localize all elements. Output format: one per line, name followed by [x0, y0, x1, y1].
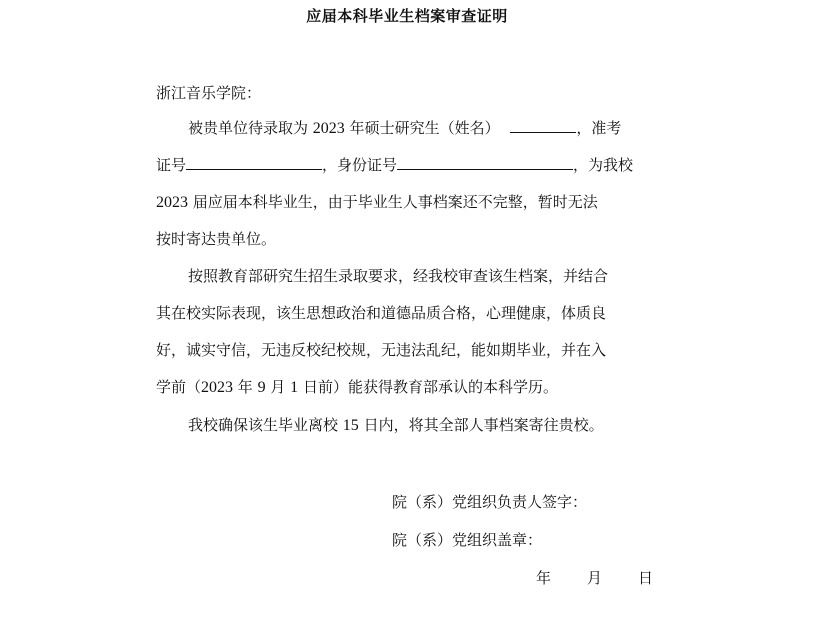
text: 年硕士研究生（姓名） [350, 119, 500, 137]
paragraph2-line2: 其在校实际表现，该生思想政治和道德品质合格，心理健康，体质良 [156, 303, 656, 323]
text: ，身份证号 [322, 156, 397, 174]
text: 日内，将其全部人事档案寄往贵校。 [364, 416, 604, 434]
paragraph2-line3: 好，诚实守信，无违反校纪校规，无违法乱纪，能如期毕业，并在入 [156, 340, 656, 360]
paragraph1-line4: 按时寄达贵单位。 [156, 229, 656, 249]
text: 证号 [156, 156, 186, 174]
text: 被贵单位待录取为 [188, 119, 308, 137]
paragraph2-line4: 学前（2023 年 9 月 1 日前）能获得教育部承认的本科学历。 [156, 377, 656, 398]
date-day-label: 日 [638, 568, 653, 588]
text: ，准考 [576, 119, 621, 137]
year-number: 2023 [156, 194, 188, 211]
text: 届应届本科毕业生，由于毕业生人事档案还不完整，暂时无法 [193, 193, 598, 211]
text: 月 [270, 378, 285, 396]
name-blank-field[interactable] [510, 118, 576, 133]
year-number: 2023 [313, 120, 345, 137]
day-number: 1 [290, 379, 298, 396]
days-number: 15 [343, 417, 359, 434]
paragraph2-line1: 按照教育部研究生招生录取要求，经我校审查该生档案，并结合 [156, 266, 688, 286]
exam-number-blank-field[interactable] [186, 155, 322, 170]
leader-signature-label: 院（系）党组织负责人签字： [392, 492, 587, 512]
seal-label: 院（系）党组织盖章： [392, 530, 542, 550]
text: 年 [238, 378, 253, 396]
id-number-blank-field[interactable] [397, 155, 573, 170]
paragraph3: 我校确保该生毕业离校 15 日内，将其全部人事档案寄往贵校。 [156, 415, 688, 436]
document-title: 应届本科毕业生档案审查证明 [0, 5, 814, 26]
text: 我校确保该生毕业离校 [188, 416, 338, 434]
month-number: 9 [258, 379, 266, 396]
date-year-label: 年 [536, 568, 551, 588]
text: ，为我校 [573, 156, 633, 174]
date-month-label: 月 [587, 568, 602, 588]
text: 学前（ [156, 378, 201, 396]
paragraph1-line2: 证号，身份证号，为我校 [156, 155, 656, 175]
text: 日前）能获得教育部承认的本科学历。 [303, 378, 558, 396]
year-number: 2023 [201, 379, 233, 396]
salutation: 浙江音乐学院： [156, 83, 656, 103]
paragraph1-line1: 被贵单位待录取为 2023 年硕士研究生（姓名） ，准考 [156, 118, 688, 139]
paragraph1-line3: 2023 届应届本科毕业生，由于毕业生人事档案还不完整，暂时无法 [156, 192, 656, 213]
